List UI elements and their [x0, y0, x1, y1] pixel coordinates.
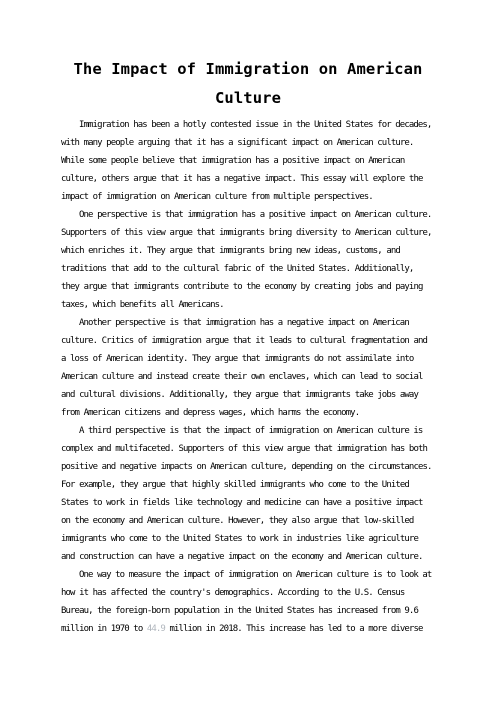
document-page: The Impact of Immigration on American Cu… — [0, 0, 496, 702]
highlighted-number: 44.9 — [147, 624, 165, 634]
document-title: The Impact of Immigration on American Cu… — [0, 55, 496, 113]
text-line: culture. Critics of immigration argue th… — [61, 332, 441, 350]
text-line: One perspective is that immigration has … — [61, 206, 441, 224]
text-line: and construction can have a negative imp… — [61, 548, 441, 566]
text-line: and cultural divisions. Additionally, th… — [61, 386, 441, 404]
text-line: American culture and instead create thei… — [61, 368, 441, 386]
document-body: Immigration has been a hotly contested i… — [61, 116, 441, 638]
text-line: Bureau, the foreign-born population in t… — [61, 602, 441, 620]
text-line: culture, others argue that it has a nega… — [61, 170, 441, 188]
text-line: complex and multifaceted. Supporters of … — [61, 440, 441, 458]
text-segment: million in 1970 to — [61, 624, 147, 634]
paragraph-positive-view: One perspective is that immigration has … — [61, 206, 441, 314]
paragraph-negative-view: Another perspective is that immigration … — [61, 314, 441, 422]
text-line: Immigration has been a hotly contested i… — [61, 116, 441, 134]
text-line: One way to measure the impact of immigra… — [61, 566, 441, 584]
paragraph-complex-view: A third perspective is that the impact o… — [61, 422, 441, 566]
text-line: States to work in fields like technology… — [61, 494, 441, 512]
text-line: from American citizens and depress wages… — [61, 404, 441, 422]
text-line: with many people arguing that it has a s… — [61, 134, 441, 152]
text-line: on the economy and American culture. How… — [61, 512, 441, 530]
text-line: immigrants who come to the United States… — [61, 530, 441, 548]
text-line: Another perspective is that immigration … — [61, 314, 441, 332]
text-line-with-highlight: million in 1970 to 44.9 million in 2018.… — [61, 620, 441, 638]
text-line: they argue that immigrants contribute to… — [61, 278, 441, 296]
text-segment: million in 2018. This increase has led t… — [165, 624, 423, 634]
text-line: positive and negative impacts on America… — [61, 458, 441, 476]
text-line: which enriches it. They argue that immig… — [61, 242, 441, 260]
text-line: taxes, which benefits all Americans. — [61, 296, 441, 314]
title-line: The Impact of Immigration on American — [0, 55, 496, 84]
text-line: Supporters of this view argue that immig… — [61, 224, 441, 242]
text-line: a loss of American identity. They argue … — [61, 350, 441, 368]
text-line: For example, they argue that highly skil… — [61, 476, 441, 494]
text-line: A third perspective is that the impact o… — [61, 422, 441, 440]
text-line: traditions that add to the cultural fabr… — [61, 260, 441, 278]
text-line: While some people believe that immigrati… — [61, 152, 441, 170]
title-line: Culture — [0, 84, 496, 113]
text-line: impact of immigration on American cultur… — [61, 188, 441, 206]
text-line: how it has affected the country's demogr… — [61, 584, 441, 602]
paragraph-intro: Immigration has been a hotly contested i… — [61, 116, 441, 206]
paragraph-demographics: One way to measure the impact of immigra… — [61, 566, 441, 638]
